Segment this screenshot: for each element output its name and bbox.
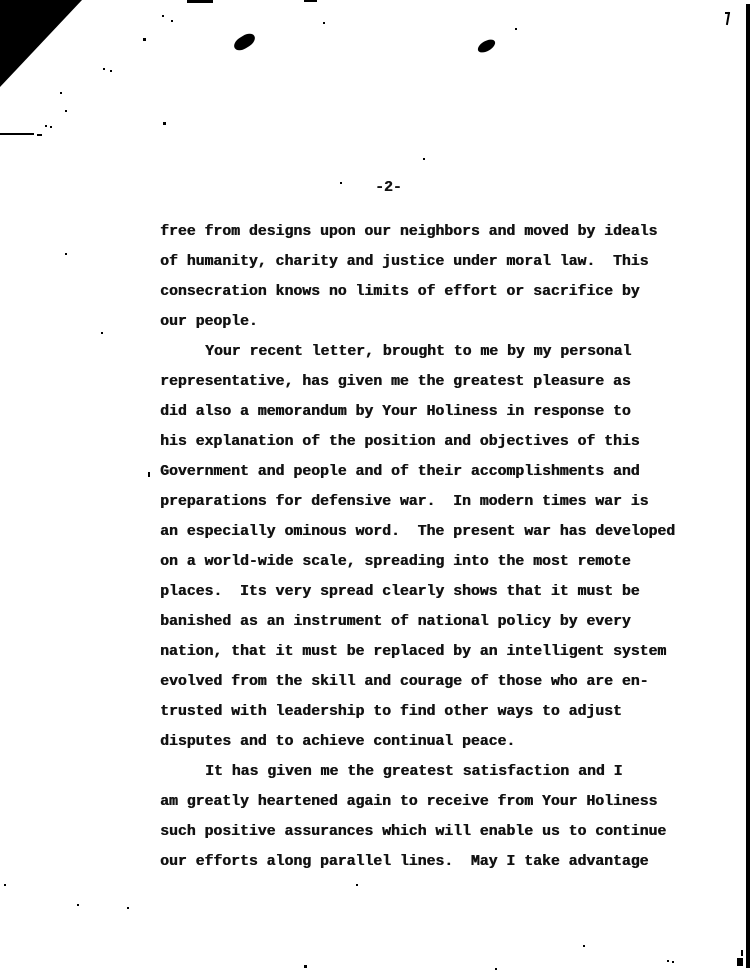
scan-blob [741,950,743,956]
typed-line: trusted with leadership to find other wa… [160,697,685,727]
scan-blob [737,958,743,966]
typed-line: consecration knows no limits of effort o… [160,277,685,307]
corner-fold-artifact [0,0,82,87]
typed-line: of humanity, charity and justice under m… [160,247,685,277]
ink-smudge [232,31,258,53]
typed-line: free from designs upon our neighbors and… [160,217,685,247]
letter-body: free from designs upon our neighbors and… [160,217,685,877]
typed-line: evolved from the skill and courage of th… [160,667,685,697]
typed-line: banished as an instrument of national po… [160,607,685,637]
right-edge-scan-strip [746,4,750,968]
left-edge-mark [0,133,34,135]
typed-line: preparations for defensive war. In moder… [160,487,685,517]
ink-smudge [476,37,497,55]
typed-line: representative, has given me the greates… [160,367,685,397]
scan-squiggle [725,12,730,14]
typed-line: am greatly heartened again to receive fr… [160,787,685,817]
typed-line: on a world-wide scale, spreading into th… [160,547,685,577]
scanned-letter-page: -2- free from designs upon our neighbors… [0,0,750,972]
typed-line: such positive assurances which will enab… [160,817,685,847]
typed-line-paragraph-start: Your recent letter, brought to me by my … [160,337,685,367]
top-edge-mark [304,0,317,2]
typed-line: an especially ominous word. The present … [160,517,685,547]
typed-line: his explanation of the position and obje… [160,427,685,457]
typed-line: disputes and to achieve continual peace. [160,727,685,757]
typed-line: places. Its very spread clearly shows th… [160,577,685,607]
typed-line-paragraph-start: It has given me the greatest satisfactio… [160,757,685,787]
page-number: -2- [375,180,402,196]
typed-line: nation, that it must be replaced by an i… [160,637,685,667]
left-edge-mark [37,134,42,136]
top-edge-mark [187,0,213,3]
typed-line: our people. [160,307,685,337]
typed-line: our efforts along parallel lines. May I … [160,847,685,877]
typed-line: did also a memorandum by Your Holiness i… [160,397,685,427]
typed-line: Government and people and of their accom… [160,457,685,487]
